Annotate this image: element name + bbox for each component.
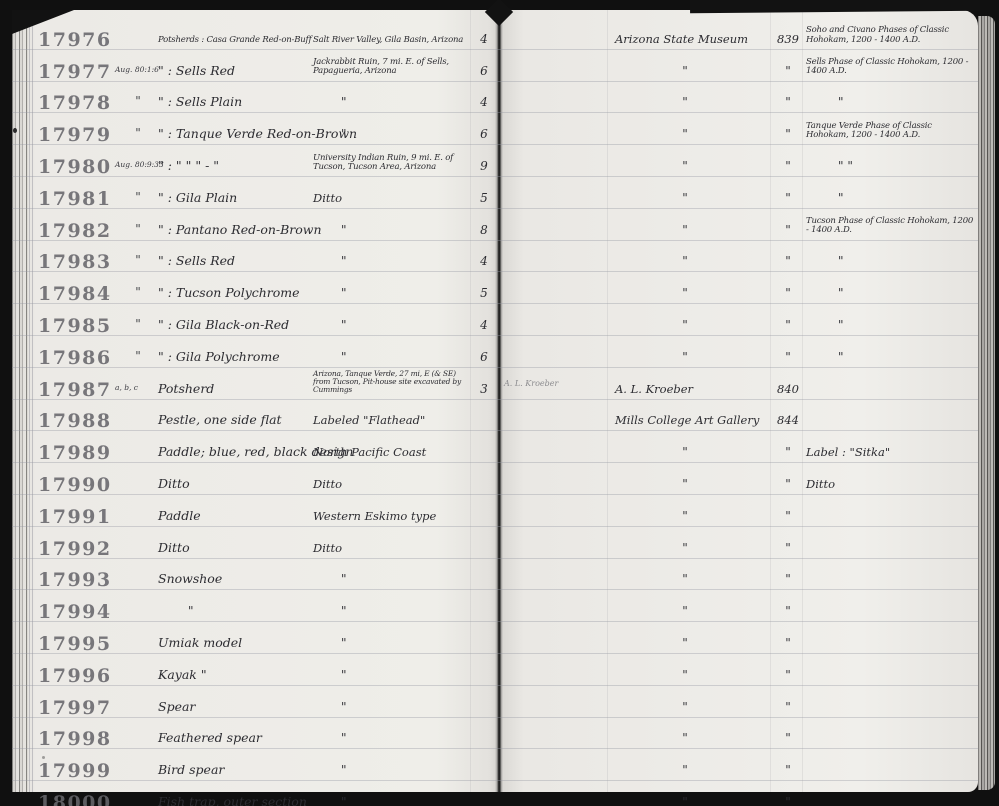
ledger-rows: 17976 Potsherds : Casa Grande Red-on-Buf… [12, 18, 978, 806]
accession-ref: " [115, 97, 161, 105]
quantity: 9 [472, 160, 496, 172]
accession-ref: " [115, 193, 161, 201]
locality-note: " [313, 701, 503, 713]
object-description: " : Sells Red [158, 65, 310, 77]
ledger-row: 17995 Umiak model " " " [12, 622, 978, 654]
quantity: 4 [472, 33, 496, 45]
accession-number: " [773, 637, 803, 649]
ledger-row: 17992 Ditto Ditto " " [12, 527, 978, 559]
ledger-row: 17993 Snowshoe " " " [12, 559, 978, 591]
object-description: " : Gila Plain [158, 192, 310, 204]
object-description: Fish trap, outer section [158, 796, 310, 806]
scan-speck [42, 756, 45, 759]
locality-note: " [313, 637, 503, 649]
ledger-page: 17976 Potsherds : Casa Grande Red-on-Buf… [12, 10, 978, 792]
ledger-row: 17984 " " : Tucson Polychrome " 5 " " " [12, 272, 978, 304]
catalog-number: 17997 [38, 702, 118, 714]
ledger-row: 17991 Paddle Western Eskimo type " " [12, 495, 978, 527]
accession-number: 840 [773, 383, 803, 395]
catalog-number: 17995 [38, 638, 118, 650]
accession-number: " [773, 128, 803, 140]
source-donor: " [615, 669, 755, 681]
ledger-row: 17997 Spear " " " [12, 686, 978, 718]
accession-ref: " [115, 256, 161, 264]
accession-number: " [773, 192, 803, 204]
quantity: 6 [472, 351, 496, 363]
catalog-number: 17998 [38, 733, 118, 745]
remarks: Label : "Sitka" [806, 446, 974, 458]
object-description: Potsherds : Casa Grande Red-on-Buff [158, 36, 310, 45]
remarks: Sells Phase of Classic Hohokam, 1200 - 1… [806, 58, 974, 76]
object-description: Potsherd [158, 383, 310, 395]
locality-note: " [313, 732, 503, 744]
object-description: " : " " " - " [158, 160, 310, 172]
accession-ref: " [115, 288, 161, 296]
locality-note: Salt River Valley, Gila Basin, Arizona [313, 36, 475, 45]
source-donor: " [615, 510, 755, 522]
accession-number: " [773, 573, 803, 585]
source-donor: " [615, 65, 755, 77]
remarks: Tanque Verde Phase of Classic Hohokam, 1… [806, 122, 974, 140]
locality-note: Ditto [313, 192, 475, 204]
object-description: " : Gila Polychrome [158, 351, 310, 363]
source-donor: " [615, 192, 755, 204]
catalog-number: 17982 [38, 225, 118, 237]
object-description: " : Sells Red [158, 255, 310, 267]
object-description: Bird spear [158, 764, 310, 776]
ledger-row: 17982 " " : Pantano Red-on-Brown " 8 " "… [12, 209, 978, 241]
object-description: Ditto [158, 478, 310, 490]
remarks: " [806, 192, 999, 204]
catalog-number: 17978 [38, 97, 118, 109]
ledger-row: 17977 Aug. 80:1:6 " : Sells Red Jackrabb… [12, 50, 978, 82]
collector-pencil-note: A. L. Kroeber [504, 378, 614, 390]
remarks: " [806, 96, 999, 108]
ledger-row: 17985 " " : Gila Black-on-Red " 4 " " " [12, 304, 978, 336]
source-donor: " [615, 287, 755, 299]
accession-number: " [773, 446, 803, 458]
source-donor: Mills College Art Gallery [615, 414, 755, 426]
accession-number: " [773, 319, 803, 331]
object-description: " : Tanque Verde Red-on-Brown [158, 128, 310, 140]
catalog-number: 17988 [38, 415, 118, 427]
source-donor: " [615, 255, 755, 267]
source-donor: " [615, 160, 755, 172]
accession-number: " [773, 287, 803, 299]
source-donor: " [615, 701, 755, 713]
quantity: 5 [472, 192, 496, 204]
ledger-row: 18000 Fish trap, outer section " " " [12, 781, 978, 806]
catalog-number: 17987 [38, 384, 118, 396]
locality-note: Ditto [313, 542, 475, 554]
object-description: Umiak model [158, 637, 310, 649]
source-donor: " [615, 96, 755, 108]
accession-number: " [773, 65, 803, 77]
ledger-row: 17979 " " : Tanque Verde Red-on-Brown " … [12, 113, 978, 145]
quantity: 4 [472, 319, 496, 331]
ledger-row: 17983 " " : Sells Red " 4 " " " [12, 241, 978, 273]
source-donor: " [615, 128, 755, 140]
quantity: 6 [472, 65, 496, 77]
object-description: " : Tucson Polychrome [158, 287, 310, 299]
accession-number: " [773, 351, 803, 363]
accession-number: " [773, 542, 803, 554]
quantity: 4 [472, 96, 496, 108]
object-description: Paddle [158, 510, 310, 522]
catalog-number: 17979 [38, 129, 118, 141]
remarks: " [806, 319, 999, 331]
catalog-number: 17983 [38, 256, 118, 268]
catalog-number: 17985 [38, 320, 118, 332]
accession-number: " [773, 96, 803, 108]
ledger-row: 17981 " " : Gila Plain Ditto 5 " " " [12, 177, 978, 209]
locality-note: Arizona, Tanque Verde, 27 mi, E (& SE) f… [313, 370, 475, 395]
source-donor: " [615, 351, 755, 363]
remarks: " [806, 255, 999, 267]
accession-number: " [773, 669, 803, 681]
accession-number: " [773, 478, 803, 490]
source-donor: " [615, 605, 755, 617]
accession-number: " [773, 160, 803, 172]
accession-number: " [773, 732, 803, 744]
object-description: Ditto [158, 542, 310, 554]
quantity: 8 [472, 224, 496, 236]
source-donor: " [615, 796, 755, 806]
source-donor: " [615, 478, 755, 490]
scan-speck [13, 128, 17, 133]
remarks: " [806, 351, 999, 363]
remarks: " " [806, 160, 999, 172]
quantity: 4 [472, 255, 496, 267]
locality-note: " [313, 573, 503, 585]
accession-number: " [773, 764, 803, 776]
accession-ref: Aug. 80:1:6 [115, 66, 161, 74]
source-donor: " [615, 732, 755, 744]
quantity: 6 [472, 128, 496, 140]
catalog-number: 18000 [38, 797, 118, 806]
accession-number: " [773, 224, 803, 236]
catalog-number: 17999 [38, 765, 118, 777]
locality-note: Jackrabbit Ruin, 7 mi. E. of Sells, Papa… [313, 58, 475, 76]
accession-ref: " [115, 225, 161, 233]
locality-note: " [313, 764, 503, 776]
locality-note: " [313, 605, 503, 617]
catalog-number: 17984 [38, 288, 118, 300]
accession-number: " [773, 510, 803, 522]
locality-note: Western Eskimo type [313, 510, 475, 522]
accession-ref: Aug. 80:9:33 [115, 161, 161, 169]
ledger-row: 17978 " " : Sells Plain " 4 " " " [12, 82, 978, 114]
accession-ref: " [115, 352, 161, 360]
catalog-number: 17992 [38, 543, 118, 555]
ledger-row: 17996 Kayak " " " " [12, 654, 978, 686]
accession-number: " [773, 255, 803, 267]
catalog-number: 17986 [38, 352, 118, 364]
ledger-row: 17989 Paddle; blue, red, black design No… [12, 431, 978, 463]
catalog-number: 17989 [38, 447, 118, 459]
object-description: Pestle, one side flat [158, 414, 310, 426]
catalog-number: 17994 [38, 606, 118, 618]
accession-ref: " [115, 320, 161, 328]
ledger-row: 17980 Aug. 80:9:33 " : " " " - " Univers… [12, 145, 978, 177]
quantity: 3 [472, 383, 496, 395]
scanned-ledger-spread: 17976 Potsherds : Casa Grande Red-on-Buf… [0, 0, 999, 806]
catalog-number: 17981 [38, 193, 118, 205]
source-donor: " [615, 542, 755, 554]
source-donor: " [615, 764, 755, 776]
accession-ref: a, b, c [115, 384, 161, 392]
ledger-row: 17987 a, b, c Potsherd Arizona, Tanque V… [12, 368, 978, 400]
source-donor: " [615, 573, 755, 585]
source-donor: " [615, 224, 755, 236]
catalog-number: 17996 [38, 670, 118, 682]
catalog-number: 17977 [38, 66, 118, 78]
locality-note: " [313, 796, 503, 806]
source-donor: " [615, 319, 755, 331]
catalog-number: 17993 [38, 574, 118, 586]
accession-number: " [773, 796, 803, 806]
locality-note: Labeled "Flathead" [313, 414, 475, 426]
remarks: Soho and Civano Phases of Classic Hohoka… [806, 26, 974, 44]
object-description: Feathered spear [158, 732, 310, 744]
catalog-number: 17980 [38, 161, 118, 173]
object-description: " : Sells Plain [158, 96, 310, 108]
catalog-number: 17976 [38, 34, 118, 46]
catalog-number: 17991 [38, 511, 118, 523]
remarks: Ditto [806, 478, 974, 490]
source-donor: A. L. Kroeber [615, 383, 755, 395]
corner-shadow [12, 10, 74, 34]
accession-ref: " [115, 129, 161, 137]
right-page-edges [978, 16, 995, 790]
accession-number: 844 [773, 414, 803, 426]
accession-number: " [773, 605, 803, 617]
ledger-row: 17994 " " " " [12, 590, 978, 622]
locality-note: " [313, 669, 503, 681]
source-donor: " [615, 446, 755, 458]
ledger-row: 17999 Bird spear " " " [12, 749, 978, 781]
object-description: Spear [158, 701, 310, 713]
source-donor: " [615, 637, 755, 649]
ledger-row: 17990 Ditto Ditto " " Ditto [12, 463, 978, 495]
ledger-row: 17986 " " : Gila Polychrome " 6 " " " [12, 336, 978, 368]
object-description: " : Gila Black-on-Red [158, 319, 310, 331]
accession-number: 839 [773, 33, 803, 45]
source-donor: Arizona State Museum [615, 33, 755, 45]
ledger-row: 17988 Pestle, one side flat Labeled "Fla… [12, 400, 978, 432]
ledger-row: 17998 Feathered spear " " " [12, 718, 978, 750]
object-description: Snowshoe [158, 573, 310, 585]
remarks: " [806, 287, 999, 299]
remarks: Tucson Phase of Classic Hohokam, 1200 - … [806, 217, 974, 235]
locality-note: North Pacific Coast [313, 446, 475, 458]
catalog-number: 17990 [38, 479, 118, 491]
locality-note: University Indian Ruin, 9 mi. E. of Tucs… [313, 154, 475, 172]
object-description: Paddle; blue, red, black design [158, 446, 310, 458]
object-description: Kayak " [158, 669, 310, 681]
quantity: 5 [472, 287, 496, 299]
locality-note: Ditto [313, 478, 475, 490]
accession-number: " [773, 701, 803, 713]
object-description: " : Pantano Red-on-Brown [158, 224, 310, 236]
